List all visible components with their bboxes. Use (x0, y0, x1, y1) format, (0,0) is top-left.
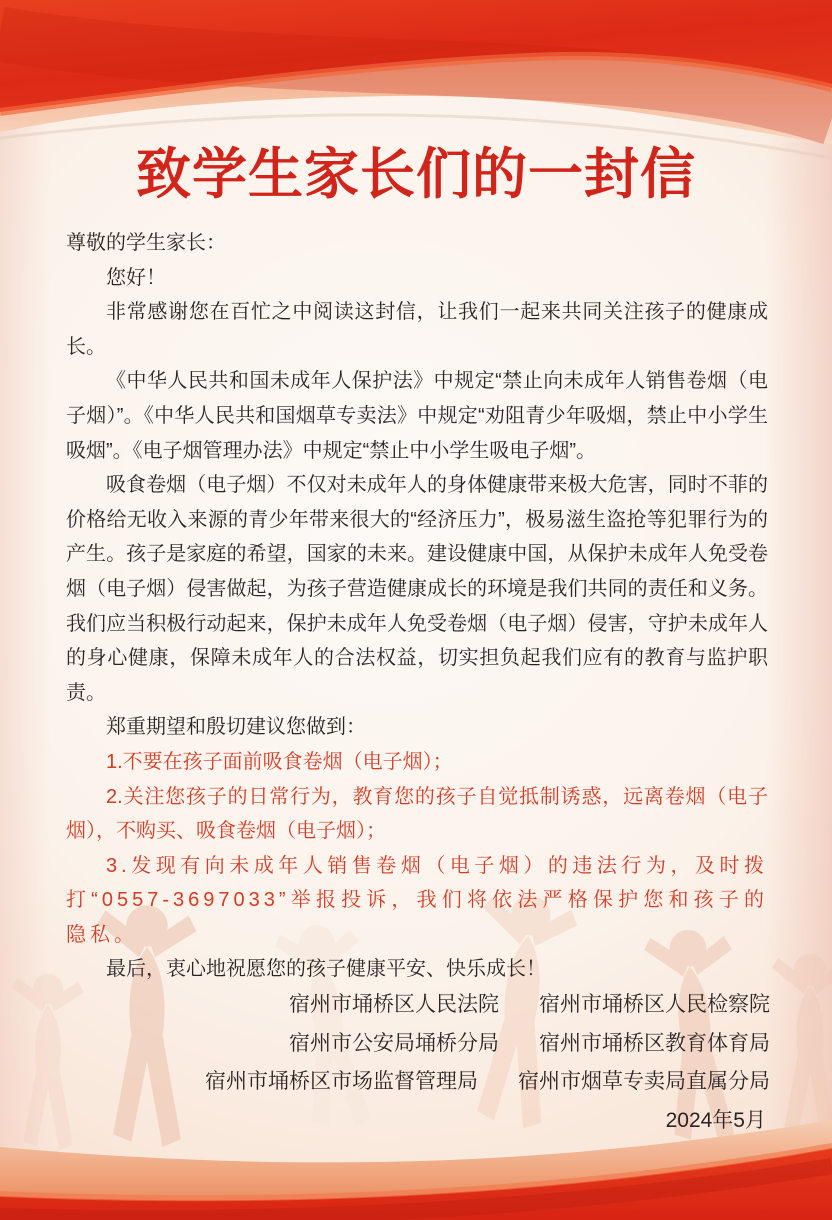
page-title: 致学生家长们的一封信 (0, 130, 832, 209)
org-market-regulation: 宿州市埇桥区市场监督管理局 (205, 1063, 478, 1102)
org-court: 宿州市埇桥区人民法院 (289, 986, 499, 1025)
letter-body: 尊敬的学生家长： 您好！ 非常感谢您在百忙之中阅读这封信，让我们一起来共同关注孩… (66, 226, 768, 987)
paragraph-thanks: 非常感谢您在百忙之中阅读这封信，让我们一起来共同关注孩子的健康成长。 (66, 295, 768, 364)
org-education: 宿州市埇桥区教育体育局 (539, 1025, 770, 1064)
paragraph-laws: 《中华人民共和国未成年人保护法》中规定“禁止向未成年人销售卷烟（电子烟）”。《中… (66, 364, 768, 468)
org-tobacco-monopoly: 宿州市烟草专卖局直属分局 (518, 1063, 770, 1102)
org-police: 宿州市公安局埇桥分局 (289, 1025, 499, 1064)
advice-item-1: 1.不要在孩子面前吸食卷烟（电子烟）； (66, 745, 768, 780)
signature-row: 宿州市公安局埇桥分局 宿州市埇桥区教育体育局 (66, 1025, 770, 1064)
paragraph-greeting: 您好！ (66, 261, 768, 296)
salutation: 尊敬的学生家长： (66, 226, 768, 261)
letter-poster: 致学生家长们的一封信 尊敬的学生家长： 您好！ 非常感谢您在百忙之中阅读这封信，… (0, 0, 832, 1220)
signature-block: 宿州市埇桥区人民法院 宿州市埇桥区人民检察院 宿州市公安局埇桥分局 宿州市埇桥区… (66, 986, 770, 1140)
signature-row: 宿州市埇桥区市场监督管理局 宿州市烟草专卖局直属分局 (66, 1063, 770, 1102)
date-line: 2024年5月 (66, 1102, 770, 1141)
signature-row: 宿州市埇桥区人民法院 宿州市埇桥区人民检察院 (66, 986, 770, 1025)
paragraph-closing-wish: 最后，衷心地祝愿您的孩子健康平安、快乐成长！ (66, 952, 768, 987)
org-procuratorate: 宿州市埇桥区人民检察院 (539, 986, 770, 1025)
paragraph-advice-intro: 郑重期望和殷切建议您做到： (66, 710, 768, 745)
paragraph-harm: 吸食卷烟（电子烟）不仅对未成年人的身体健康带来极大危害，同时不菲的价格给无收入来… (66, 468, 768, 710)
advice-item-2: 2.关注您孩子的日常行为，教育您的孩子自觉抵制诱惑，远离卷烟（电子烟），不购买、… (66, 780, 768, 849)
advice-item-3-report-hotline: 3.发现有向未成年人销售卷烟（电子烟）的违法行为，及时拨打“0557-36970… (66, 849, 768, 953)
